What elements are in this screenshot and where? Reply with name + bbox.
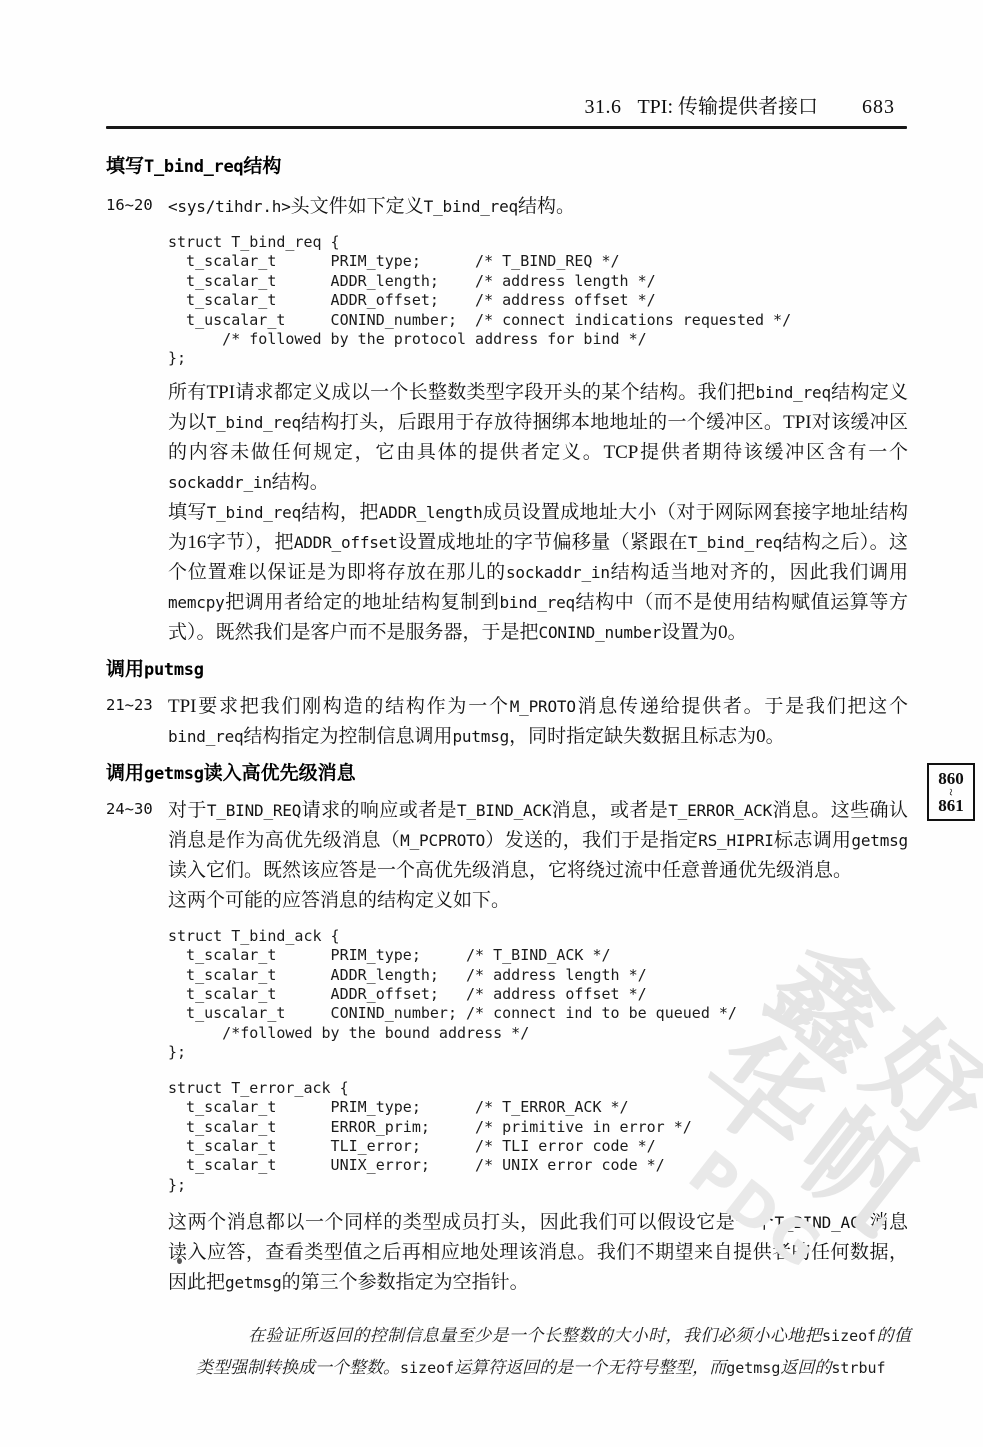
heading-call-getmsg: 调用getmsg读入高优先级消息 (106, 761, 908, 787)
text-segment: T_bind_req (688, 533, 782, 552)
text-segment: 所有TPI请求都定义成以一个长整数类型字段开头的某个结构。我们把 (168, 382, 755, 403)
text-segment: 结构适当地对齐的，因此我们调用 (610, 562, 908, 583)
paragraph: 对于T_BIND_REQ请求的响应或者是T_BIND_ACK消息，或者是T_ER… (168, 796, 908, 886)
text-segment: ）发送的，我们于是指定 (485, 830, 698, 851)
text-segment: 在验证所返回的控制信息量至少是一个长整数的大小时，我们必须小心地把 (248, 1326, 822, 1345)
text-segment: sockaddr_in (506, 563, 610, 582)
text-segment: T_ERROR_ACK (668, 801, 772, 820)
text-segment: 设置成地址的字节偏移量（紧跟在 (398, 532, 688, 553)
text-segment: bind_req (168, 727, 243, 746)
text-segment: T_BIND_ACK (457, 801, 551, 820)
text-segment: getmsg (225, 1273, 282, 1292)
text-segment: 结构。 (518, 196, 575, 217)
line-range: 21~23 (106, 692, 168, 752)
text-segment: T_BIND_REQ (207, 801, 301, 820)
numbered-paragraph-24-30: 24~30 对于T_BIND_REQ请求的响应或者是T_BIND_ACK消息，或… (106, 796, 908, 916)
text-segment: 请求的响应或者是 (301, 800, 457, 821)
page-number: 683 (862, 96, 895, 119)
text-segment: 读入高优先级消息 (204, 763, 356, 784)
text-segment: 消息传递给提供者。于是我们把这个 (576, 696, 908, 717)
text-segment: CONIND_number (539, 623, 662, 642)
book-page: 31.6 TPI: 传输提供者接口 683 填写T_bind_req结构 16~… (0, 0, 983, 1447)
text-segment: 头文件如下定义 (291, 196, 424, 217)
paragraph: 所有TPI请求都定义成以一个长整数类型字段开头的某个结构。我们把bind_req… (168, 378, 908, 498)
text-segment: 对于 (168, 800, 207, 821)
text-segment: T_bind_req (207, 503, 301, 522)
paragraph: 这两个可能的应答消息的结构定义如下。 (168, 886, 908, 916)
text-segment: <sys/tihdr.h> (168, 197, 291, 216)
text-segment: 这两个可能的应答消息的结构定义如下。 (168, 890, 510, 911)
text-segment: 的第三个参数指定为空指针。 (282, 1272, 529, 1293)
page-body: 填写T_bind_req结构 16~20 <sys/tihdr.h>头文件如下定… (0, 154, 983, 1384)
text-segment: putmsg (452, 727, 509, 746)
heading-call-putmsg: 调用putmsg (106, 657, 908, 683)
text-segment: 标志调用 (774, 830, 852, 851)
text-segment: getmsg (726, 1359, 780, 1377)
text-segment: sockaddr_in (168, 473, 272, 492)
section-title: TPI: 传输提供者接口 (637, 90, 818, 119)
code-block-t-bind-req: struct T_bind_req { t_scalar_t PRIM_type… (168, 233, 908, 369)
text-segment: ADDR_offset (294, 533, 398, 552)
scan-speck (177, 1258, 182, 1264)
text-segment: ，同时指定缺失数据且标志为0。 (509, 726, 785, 747)
paragraph: <sys/tihdr.h>头文件如下定义T_bind_req结构。 (168, 192, 908, 222)
text-segment: T_BIND_ACK (775, 1213, 869, 1232)
text-segment: getmsg (851, 831, 908, 850)
text-segment: bind_req (755, 383, 830, 402)
text-segment: T_bind_req (144, 157, 243, 177)
text-segment: 返回的 (780, 1358, 831, 1377)
text-segment: strbuf (831, 1359, 885, 1377)
numbered-paragraph-16-20: 16~20 <sys/tihdr.h>头文件如下定义T_bind_req结构。 (106, 192, 908, 222)
paragraph: 填写T_bind_req结构，把ADDR_length成员设置成地址大小（对于网… (168, 498, 908, 648)
text-segment: 设置为0。 (661, 622, 747, 643)
text-segment: 结构。 (272, 472, 329, 493)
text-segment: TPI要求把我们刚构造的结构作为一个 (168, 696, 510, 717)
code-block-t-bind-ack: struct T_bind_ack { t_scalar_t PRIM_type… (168, 927, 908, 1063)
line-range: 16~20 (106, 192, 168, 222)
margin-page-from: 860 (938, 770, 964, 787)
text-segment: M_PROTO (510, 697, 576, 716)
text-segment: 结构，把 (301, 502, 379, 523)
text-segment: sizeof (822, 1327, 876, 1345)
paragraph: TPI要求把我们刚构造的结构作为一个M_PROTO消息传递给提供者。于是我们把这… (168, 692, 908, 752)
paragraph: 这两个消息都以一个同样的类型成员打头，因此我们可以假设它是一个T_BIND_AC… (168, 1208, 908, 1298)
text-segment: 结构 (243, 156, 281, 177)
code-block-t-error-ack: struct T_error_ack { t_scalar_t PRIM_typ… (168, 1079, 908, 1195)
text-segment: 消息，或者是 (551, 800, 668, 821)
text-segment: sizeof (400, 1359, 454, 1377)
text-segment: 填写 (168, 502, 207, 523)
text-segment: ADDR_length (379, 503, 483, 522)
text-segment: M_PCPROTO (400, 831, 485, 850)
line-range: 24~30 (106, 796, 168, 916)
heading-fill-t-bind-req: 填写T_bind_req结构 (106, 154, 908, 180)
margin-page-range-box: 860 ~ 861 (927, 763, 975, 821)
header-rule (106, 126, 907, 129)
section-number: 31.6 (584, 96, 621, 119)
paragraph-group: 对于T_BIND_REQ请求的响应或者是T_BIND_ACK消息，或者是T_ER… (168, 796, 908, 916)
text-segment: 填写 (106, 156, 144, 177)
text-segment: 调用 (106, 659, 144, 680)
text-segment: T_bind_req (424, 197, 518, 216)
margin-page-to: 861 (938, 797, 964, 814)
numbered-paragraph-21-23: 21~23 TPI要求把我们刚构造的结构作为一个M_PROTO消息传递给提供者。… (106, 692, 908, 752)
page-header: 31.6 TPI: 传输提供者接口 683 (0, 90, 983, 119)
fine-print-note: 在验证所返回的控制信息量至少是一个长整数的大小时，我们必须小心地把sizeof的… (196, 1320, 911, 1384)
text-segment: 运算符返回的是一个无符号整型，而 (454, 1358, 726, 1377)
text-segment: T_bind_req (207, 413, 301, 432)
text-segment: 调用 (106, 763, 144, 784)
text-segment: 结构指定为控制信息调用 (243, 726, 452, 747)
text-segment: 把调用者给定的地址结构复制到 (225, 592, 500, 613)
text-segment: 读入它们。既然该应答是一个高优先级消息，它将绕过流中任意普通优先级消息。 (168, 860, 852, 881)
margin-page-tilde: ~ (947, 788, 955, 795)
text-segment: memcpy (168, 593, 225, 612)
text-segment: bind_req (499, 593, 574, 612)
text-segment: putmsg (144, 660, 204, 680)
text-segment: 这两个消息都以一个同样的类型成员打头，因此我们可以假设它是一个 (168, 1212, 775, 1233)
text-segment: RS_HIPRI (698, 831, 773, 850)
text-segment: getmsg (144, 764, 204, 784)
